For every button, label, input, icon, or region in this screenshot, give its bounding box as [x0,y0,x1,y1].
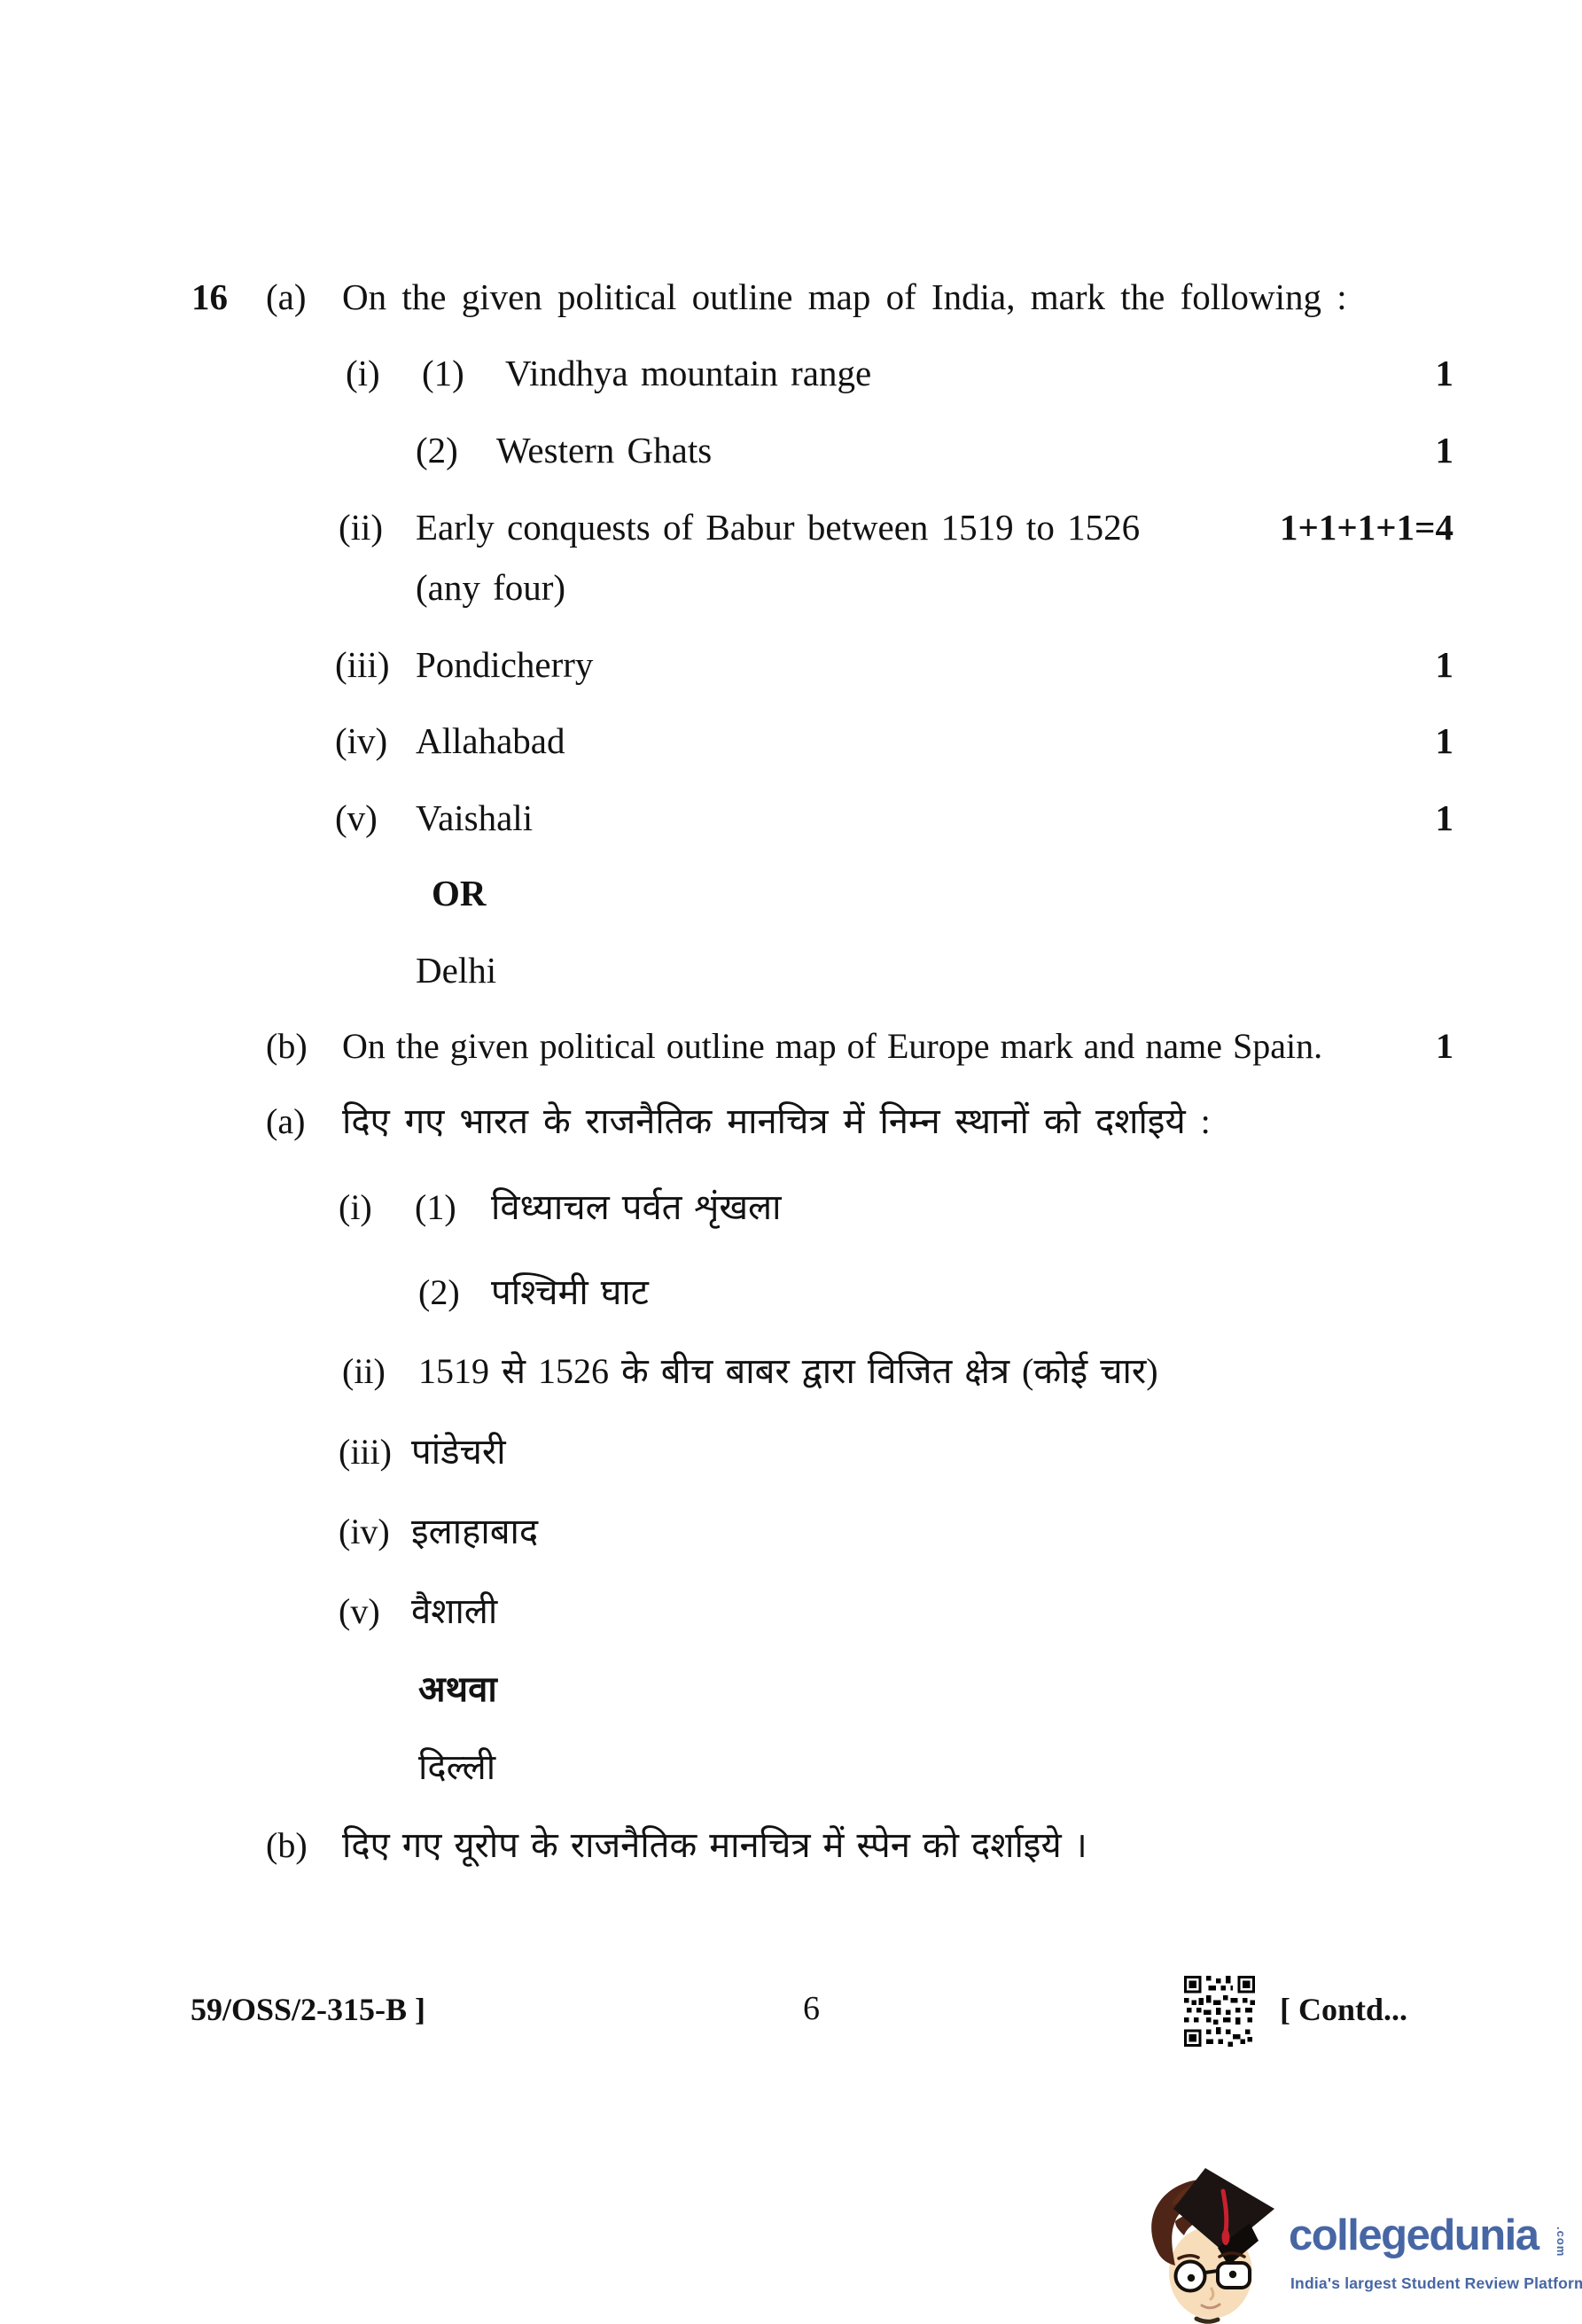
marks-value: 1 [1436,644,1454,686]
paper-code: 59/OSS/2-315-B ] [191,1991,425,2028]
item-text: पांडेचरी [411,1432,506,1473]
item-row: (iii) Pondicherry 1 [191,644,1453,696]
marks-value: 1 [1436,720,1454,762]
item-text: पश्चिमी घाट [491,1272,649,1313]
part-a-text-hi: दिए गए भारत के राजनैतिक मानचित्र में निम… [342,1101,1211,1142]
item-row: (v) Vaishali 1 [191,797,1453,849]
item-text: Early conquests of Babur between 1519 to… [416,507,1140,548]
part-b-label: (b) [266,1026,308,1067]
alternative-row: दिल्ली [191,1747,1453,1799]
brand-name: collegedunia [1289,2211,1539,2260]
item-marker: (iv) [339,1512,390,1552]
part-b-text-hi: दिए गए यूरोप के राजनैतिक मानचित्र में स्… [342,1825,1087,1866]
marks-value: 1+1+1+1=4 [1280,507,1453,548]
question-number: 16 [191,276,228,318]
item-text: इलाहाबाद [411,1512,538,1552]
item-sub-marker: (2) [416,430,458,471]
item-text: Allahabad [416,720,565,762]
or-separator: OR [432,873,487,914]
item-row: (iii) पांडेचरी [191,1432,1453,1483]
alternative-answer: Delhi [416,950,496,991]
marks-value: 1 [1436,1026,1453,1067]
item-text: Vindhya mountain range [505,353,871,394]
question-heading-row: 16 (a) On the given political outline ma… [191,276,1453,328]
item-row: (ii) Early conquests of Babur between 15… [191,507,1453,558]
or-separator-row: अथवा [191,1669,1453,1721]
exam-paper-page: 16 (a) On the given political outline ma… [0,0,1582,2324]
item-text: वैशाली [411,1591,497,1632]
item-marker: (ii) [339,507,383,548]
item-text: Vaishali [416,797,533,839]
item-row: (i) (1) विध्याचल पर्वत शृंखला [191,1187,1453,1239]
item-note: (any four) [416,567,565,609]
item-marker: (iii) [335,644,389,686]
item-marker: (ii) [342,1351,386,1392]
contd-label: [ Contd... [1280,1991,1407,2028]
item-sub-marker: (1) [415,1187,456,1228]
marks-value: 1 [1436,353,1454,394]
item-text: 1519 से 1526 के बीच बाबर द्वारा विजित क्… [418,1351,1158,1392]
item-marker: (v) [335,797,378,839]
part-a-label: (a) [266,276,307,318]
item-row: (ii) 1519 से 1526 के बीच बाबर द्वारा विज… [191,1351,1453,1403]
item-sub-marker: (1) [422,353,464,394]
part-b-row: (b) On the given political outline map o… [191,1026,1453,1077]
collegedunia-logo: collegedunia .com India's largest Studen… [1140,2166,1582,2324]
item-marker: (i) [339,1187,372,1228]
item-text: विध्याचल पर्वत शृंखला [491,1187,782,1228]
hindi-part-a-row: (a) दिए गए भारत के राजनैतिक मानचित्र में… [191,1101,1453,1153]
part-a-label-hi: (a) [266,1101,305,1142]
item-row: (2) Western Ghats 1 [191,430,1453,481]
item-row: (iv) Allahabad 1 [191,720,1453,772]
item-marker: (iv) [335,720,387,762]
item-text: Pondicherry [416,644,593,686]
item-marker: (iii) [339,1432,392,1473]
graduate-mascot-icon [1140,2166,1280,2324]
item-note-row: (any four) [191,567,1453,618]
or-separator-row: OR [191,873,1453,924]
item-text: Western Ghats [496,430,712,471]
item-row: (v) वैशाली [191,1591,1453,1643]
brand-tld: .com [1555,2227,1568,2257]
item-row: (i) (1) Vindhya mountain range 1 [191,353,1453,404]
item-row: (2) पश्चिमी घाट [191,1272,1453,1324]
page-number: 6 [803,1989,820,2028]
or-separator-hi: अथवा [418,1669,497,1710]
item-sub-marker: (2) [418,1272,460,1313]
part-b-label-hi: (b) [266,1825,308,1866]
part-a-text: On the given political outline map of In… [342,276,1347,318]
part-b-text: On the given political outline map of Eu… [342,1026,1322,1067]
marks-value: 1 [1436,430,1454,471]
hindi-part-b-row: (b) दिए गए यूरोप के राजनैतिक मानचित्र मे… [191,1825,1453,1877]
brand-tagline: India's largest Student Review Platform [1290,2274,1582,2293]
qr-code-icon [1184,1976,1255,2047]
item-row: (iv) इलाहाबाद [191,1512,1453,1563]
alternative-row: Delhi [191,950,1453,1001]
item-marker: (i) [346,353,380,394]
item-marker: (v) [339,1591,380,1632]
alternative-answer-hi: दिल्ली [418,1747,495,1788]
marks-value: 1 [1436,797,1454,839]
